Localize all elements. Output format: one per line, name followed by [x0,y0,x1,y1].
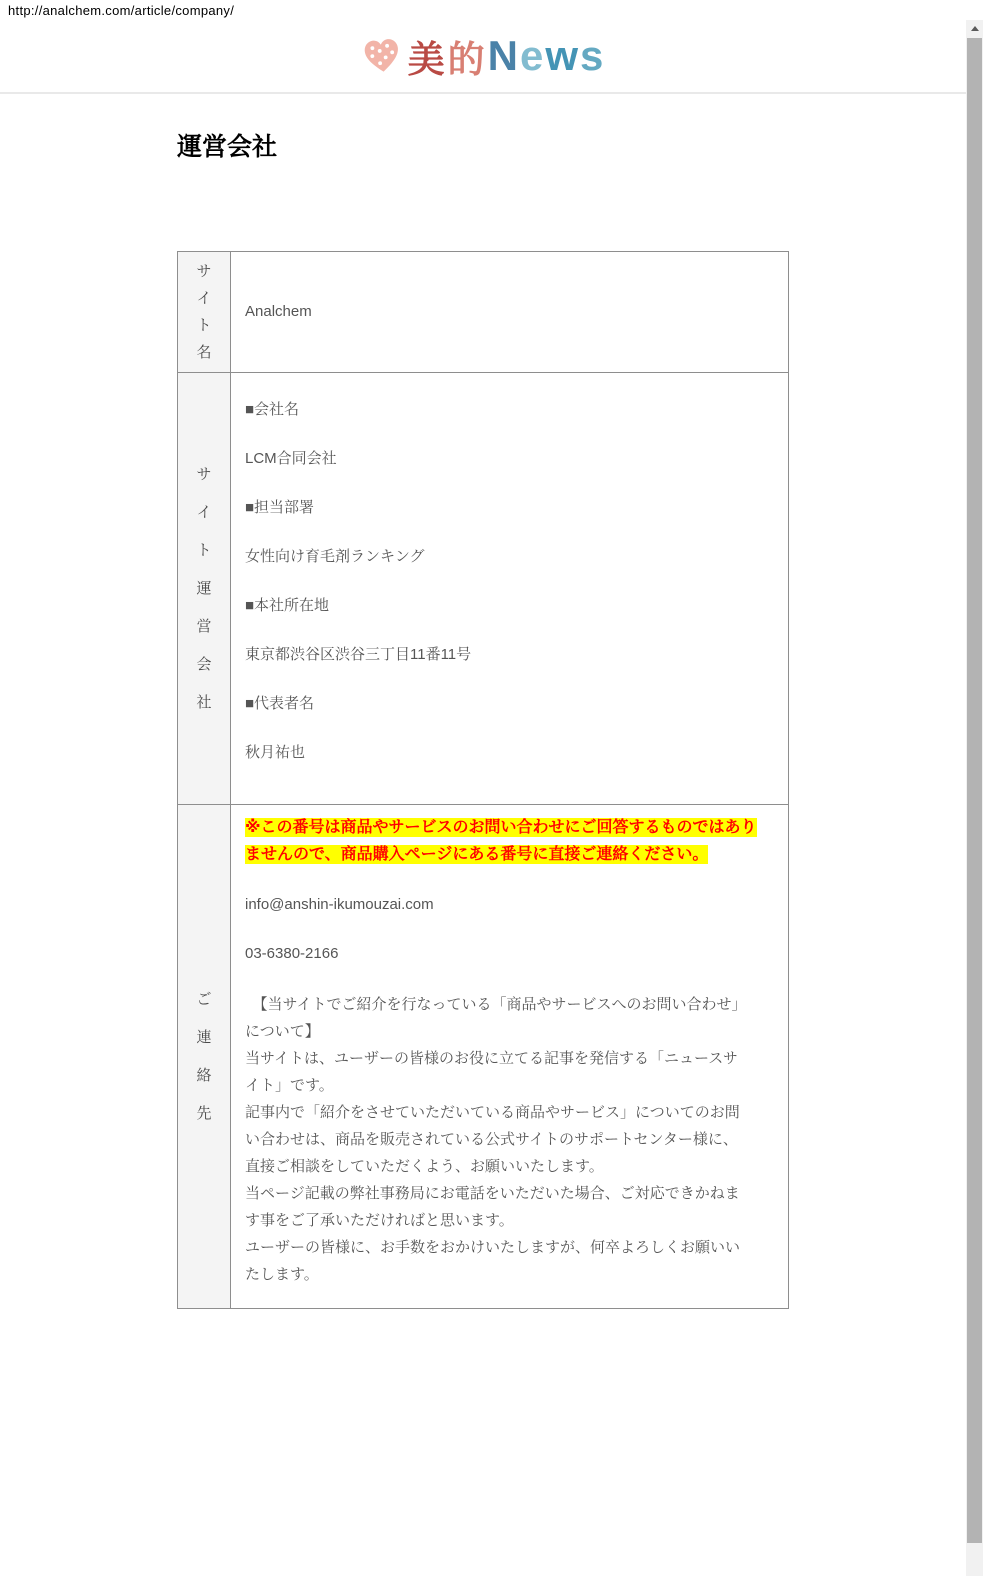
representative-value: 秋月祐也 [245,741,774,765]
logo-letter-e: e [520,32,545,79]
site-header: 美 的 News [0,20,966,92]
row-header-site-name: サ イ ト 名 [178,252,231,373]
company-name-label: ■会社名 [245,398,774,422]
page-title: 運営会社 [177,127,789,163]
browser-viewport: 美 的 News 運営会社 サ イ ト 名 Analchem サ イ ト 運 営… [0,20,966,1309]
logo-letter-n: N [488,32,520,79]
scroll-up-arrow-icon [971,26,979,31]
site-logo[interactable]: 美 的 News [361,29,606,83]
contact-notice: ※この番号は商品やサービスのお問い合わせにご回答するものではあり ませんので、商… [245,814,774,868]
department-value: 女性向け育毛剤ランキング [245,545,774,569]
vertical-scrollbar[interactable] [966,20,983,1576]
company-name-value: LCM合同会社 [245,447,774,471]
logo-letter-s: s [580,32,605,79]
table-row-contact: ご 連 絡 先 ※この番号は商品やサービスのお問い合わせにご回答するものではあり… [178,805,789,1309]
contact-description: 【当サイトでご紹介を行なっている「商品やサービスへのお問い合わせ」 について】 … [245,991,774,1288]
company-info-table: サ イ ト 名 Analchem サ イ ト 運 営 会 社 ■会社名 LCM合… [177,251,789,1309]
logo-text-bi: 美 [408,29,445,83]
logo-text-teki: 的 [448,29,485,83]
representative-label: ■代表者名 [245,692,774,716]
site-name-value: Analchem [245,300,774,324]
contact-notice-highlight: ※この番号は商品やサービスのお問い合わせにご回答するものではあり ませんので、商… [245,818,757,864]
scrollbar-up-button[interactable] [966,20,983,37]
table-row-operating-company: サ イ ト 運 営 会 社 ■会社名 LCM合同会社 ■担当部署 女性向け育毛剤… [178,373,789,805]
main-content: 運営会社 サ イ ト 名 Analchem サ イ ト 運 営 会 社 ■会社名… [177,127,789,1309]
table-row-site-name: サ イ ト 名 Analchem [178,252,789,373]
address-value: 東京都渋谷区渋谷三丁目11番11号 [245,643,774,667]
row-header-operating-company: サ イ ト 運 営 会 社 [178,373,231,805]
logo-text-news: News [488,35,606,77]
scrollbar-thumb[interactable] [967,38,982,1543]
row-value-contact: ※この番号は商品やサービスのお問い合わせにご回答するものではあり ませんので、商… [231,805,789,1309]
header-divider [0,92,966,94]
page-url: http://analchem.com/article/company/ [8,3,234,18]
heart-icon [361,35,403,77]
row-value-operating-company: ■会社名 LCM合同会社 ■担当部署 女性向け育毛剤ランキング ■本社所在地 東… [231,373,789,805]
contact-phone: 03-6380-2166 [245,942,774,966]
department-label: ■担当部署 [245,496,774,520]
address-label: ■本社所在地 [245,594,774,618]
logo-letter-w: w [545,32,580,79]
row-value-site-name: Analchem [231,252,789,373]
row-header-contact: ご 連 絡 先 [178,805,231,1309]
contact-email: info@anshin-ikumouzai.com [245,893,774,917]
